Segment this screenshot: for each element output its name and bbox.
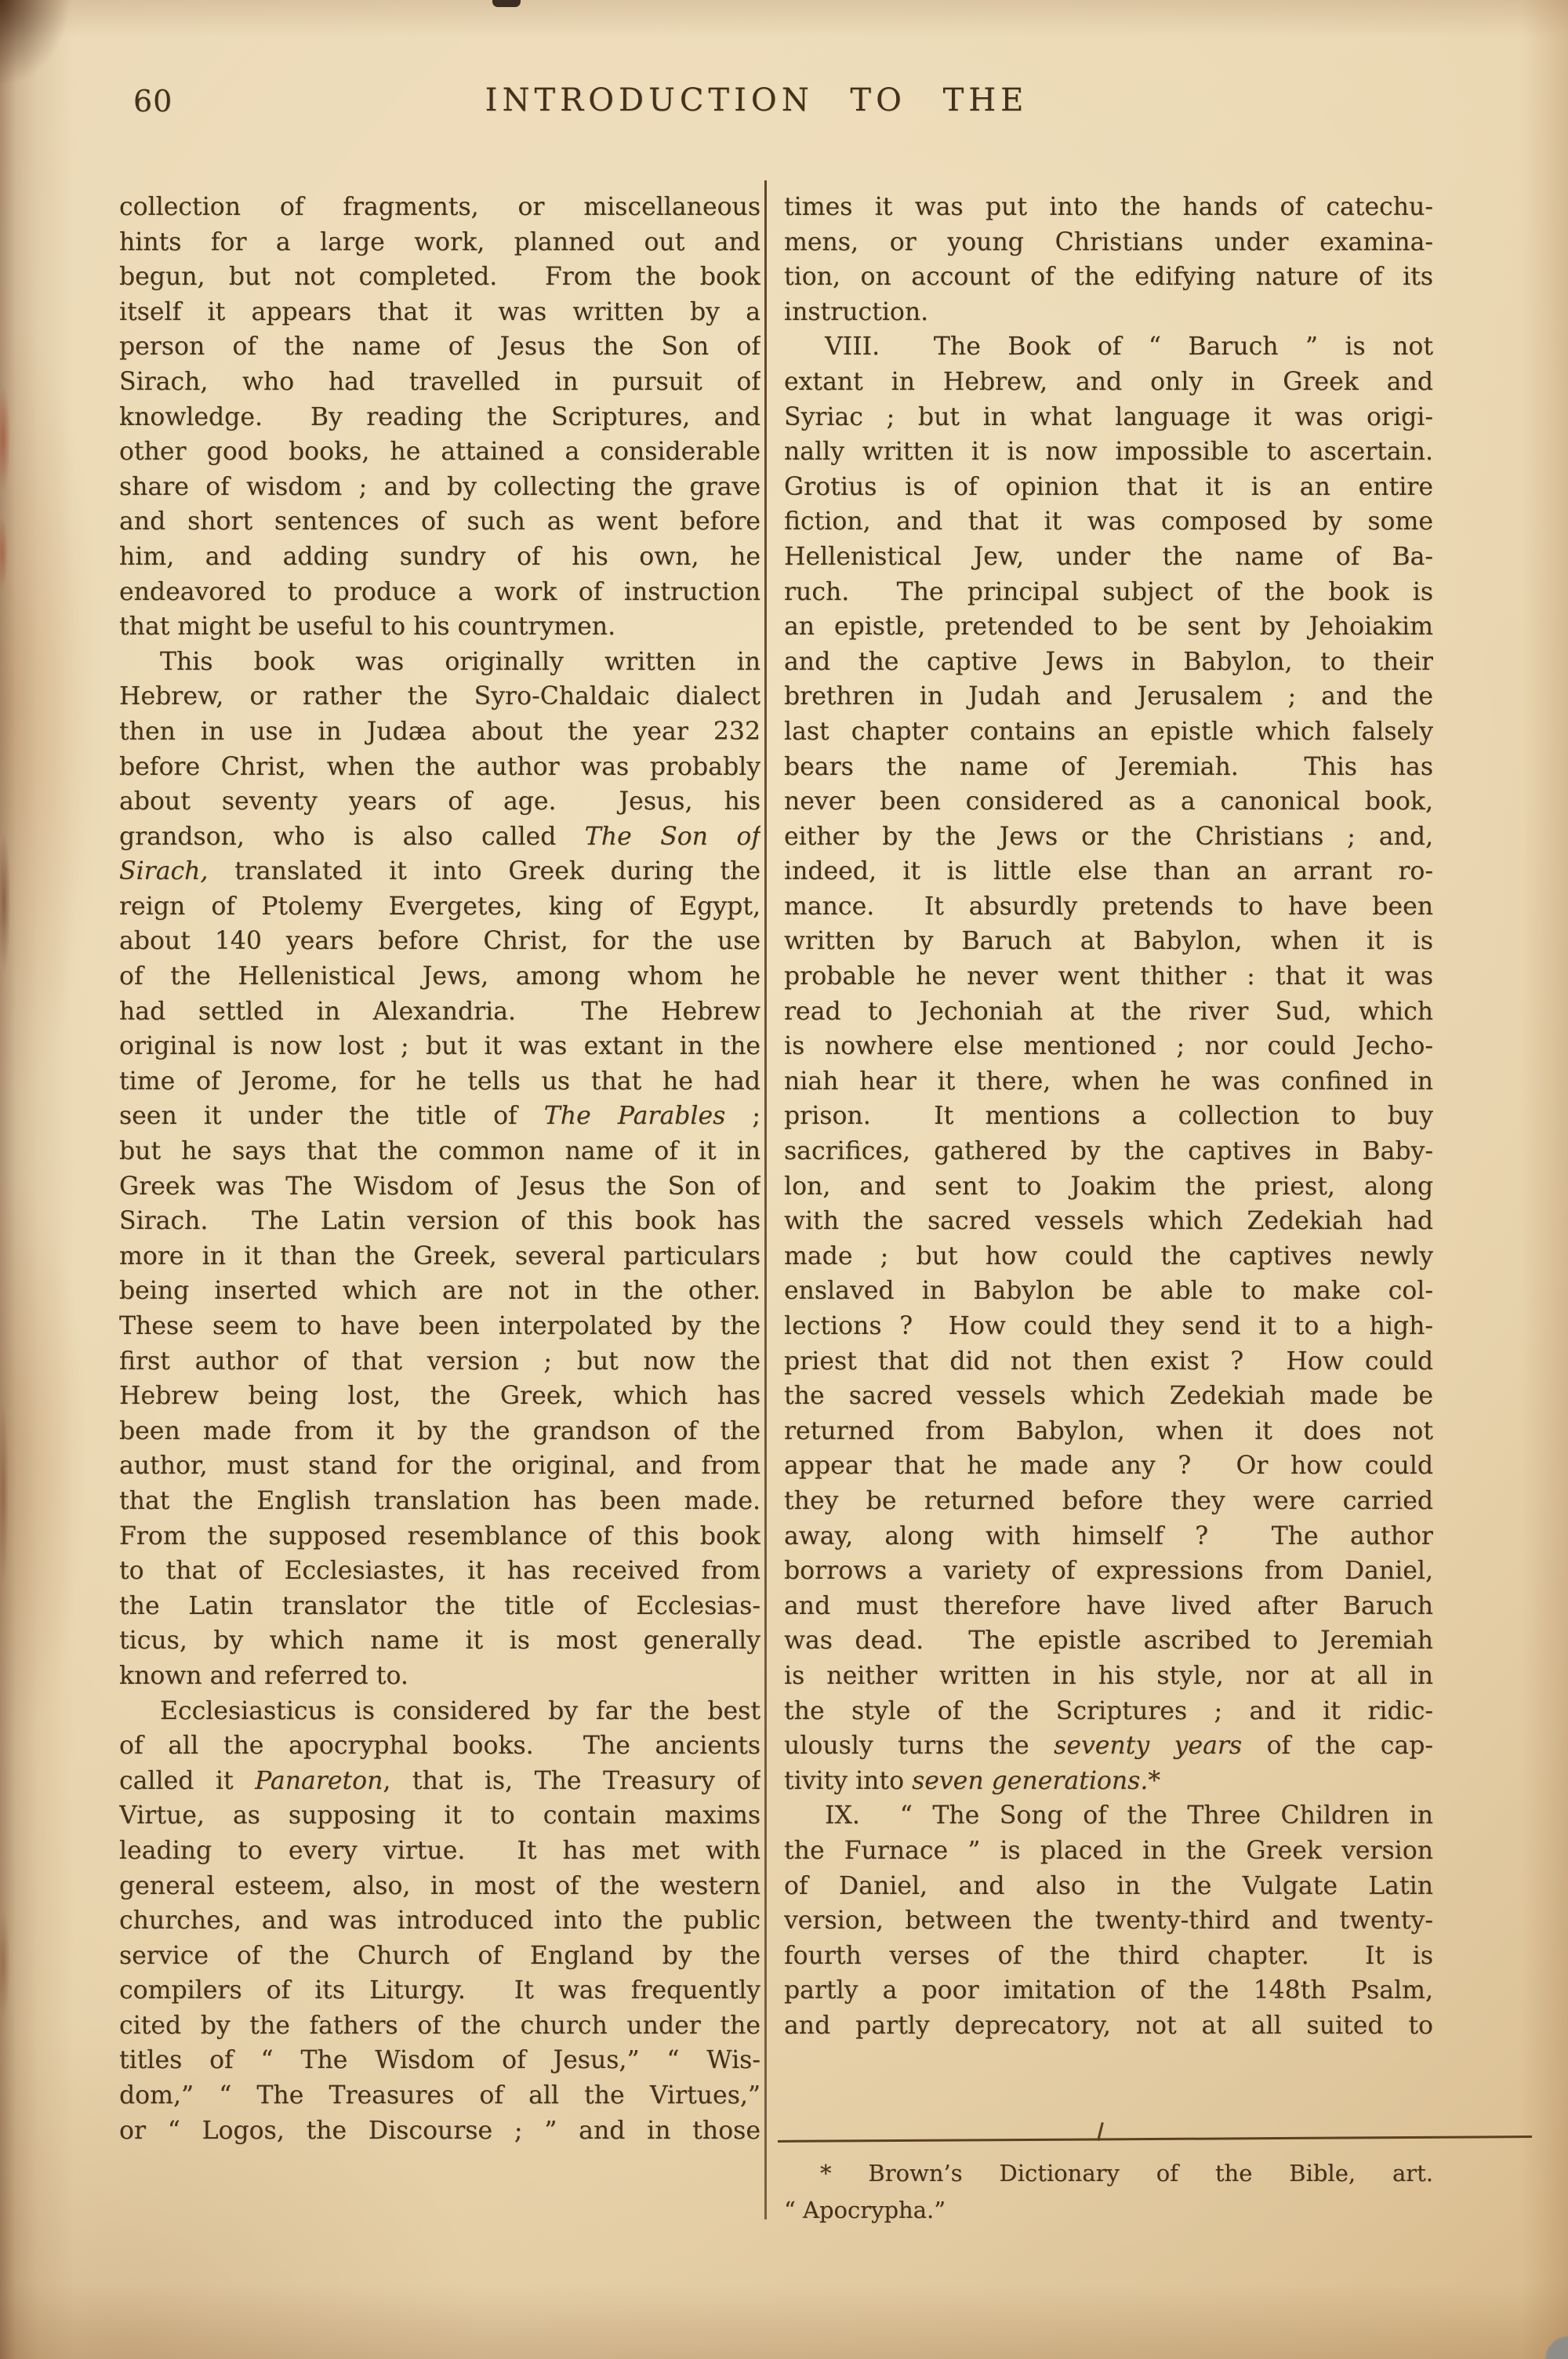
column-divider-rule — [764, 180, 767, 2219]
text-line: niah hear it there, when he was confined… — [784, 1064, 1433, 1100]
text-line: being inserted which are not in the othe… — [119, 1274, 760, 1309]
text-line: churches, and was introduced into the pu… — [119, 1903, 760, 1939]
left-column: collection of fragments, or miscellaneou… — [119, 190, 760, 2148]
text-line: leading to every virtue. It has met with — [119, 1834, 760, 1869]
text-line: Sirach, translated it into Greek during … — [119, 854, 760, 889]
text-line: known and referred to. — [119, 1659, 760, 1694]
text-line: is nowhere else mentioned ; nor could Je… — [784, 1029, 1433, 1064]
text-line: and partly deprecatory, not at all suite… — [784, 2008, 1433, 2044]
text-line: instruction. — [784, 295, 1433, 330]
text-line: was dead. The epistle ascribed to Jeremi… — [784, 1623, 1433, 1659]
text-line: Greek was The Wisdom of Jesus the Son of — [119, 1169, 760, 1205]
text-line: Virtue, as supposing it to contain maxim… — [119, 1798, 760, 1834]
text-line: IX. “ The Song of the Three Children in — [784, 1798, 1433, 1834]
text-line: of the Hellenistical Jews, among whom he — [119, 959, 760, 994]
text-line: probable he never went thither : that it… — [784, 959, 1433, 994]
text-line: collection of fragments, or miscellaneou… — [119, 190, 760, 225]
text-line: knowledge. By reading the Scriptures, an… — [119, 400, 760, 435]
book-page: { "page": { "number": "60", "running_hea… — [0, 0, 1568, 2359]
text-line: times it was put into the hands of catec… — [784, 190, 1433, 225]
text-line: written by Baruch at Babylon, when it is — [784, 924, 1433, 959]
text-line: ulously turns the seventy years of the c… — [784, 1728, 1433, 1764]
text-line: called it Panareton, that is, The Treasu… — [119, 1764, 760, 1799]
text-line: Grotius is of opinion that it is an enti… — [784, 470, 1433, 505]
right-column: times it was put into the hands of catec… — [784, 190, 1433, 2043]
text-line: before Christ, when the author was proba… — [119, 750, 760, 785]
text-line: they be returned before they were carrie… — [784, 1484, 1433, 1519]
text-line: that the English translation has been ma… — [119, 1484, 760, 1519]
text-line: an epistle, pretended to be sent by Jeho… — [784, 609, 1433, 645]
text-line: about 140 years before Christ, for the u… — [119, 924, 760, 959]
text-line: Hebrew being lost, the Greek, which has — [119, 1379, 760, 1414]
text-line: dom,” “ The Treasures of all the Virtues… — [119, 2078, 760, 2114]
text-line: brethren in Judah and Jerusalem ; and th… — [784, 679, 1433, 714]
text-line: returned from Babylon, when it does not — [784, 1414, 1433, 1449]
text-line: reign of Ptolemy Evergetes, king of Egyp… — [119, 889, 760, 925]
text-line: original is now lost ; but it was extant… — [119, 1029, 760, 1064]
text-line: but he says that the common name of it i… — [119, 1134, 760, 1169]
text-line: tion, on account of the edifying nature … — [784, 260, 1433, 295]
text-line: VIII. The Book of “ Baruch ” is not — [784, 329, 1433, 365]
text-line: enslaved in Babylon be able to make col- — [784, 1274, 1433, 1309]
text-line: been made from it by the grandson of the — [119, 1414, 760, 1449]
text-line: person of the name of Jesus the Son of — [119, 329, 760, 365]
text-line: is neither written in his style, nor at … — [784, 1659, 1433, 1694]
text-line: more in it than the Greek, several parti… — [119, 1239, 760, 1274]
text-line: mens, or young Christians under examina- — [784, 225, 1433, 260]
text-line: that might be useful to his countrymen. — [119, 609, 760, 645]
text-line: nally written it is now impossible to as… — [784, 434, 1433, 470]
text-line: either by the Jews or the Christians ; a… — [784, 820, 1433, 855]
text-line: sacrifices, gathered by the captives in … — [784, 1134, 1433, 1169]
text-line: borrows a variety of expressions from Da… — [784, 1554, 1433, 1589]
text-line: “ Apocrypha.” — [784, 2192, 1433, 2229]
text-line: indeed, it is little else than an arrant… — [784, 854, 1433, 889]
text-line: priest that did not then exist ? How cou… — [784, 1344, 1433, 1379]
running-head: INTRODUCTION TO THE — [485, 85, 1029, 116]
text-line: endeavored to produce a work of instruct… — [119, 575, 760, 610]
text-line: These seem to have been interpolated by … — [119, 1309, 760, 1344]
text-line: titles of “ The Wisdom of Jesus,” “ Wis- — [119, 2043, 760, 2078]
text-line: begun, but not completed. From the book — [119, 260, 760, 295]
text-line: fiction, and that it was composed by som… — [784, 504, 1433, 540]
text-line: Hellenistical Jew, under the name of Ba- — [784, 540, 1433, 575]
text-line: seen it under the title of The Parables … — [119, 1099, 760, 1134]
text-line: author, must stand for the original, and… — [119, 1448, 760, 1484]
text-line: never been considered as a canonical boo… — [784, 784, 1433, 820]
text-line: had settled in Alexandria. The Hebrew — [119, 994, 760, 1030]
text-line: cited by the fathers of the church under… — [119, 2008, 760, 2044]
text-line: of Daniel, and also in the Vulgate Latin — [784, 1869, 1433, 1904]
text-line: version, between the twenty-third and tw… — [784, 1903, 1433, 1939]
text-line: read to Jechoniah at the river Sud, whic… — [784, 994, 1433, 1030]
text-line: Sirach. The Latin version of this book h… — [119, 1204, 760, 1239]
text-line: him, and adding sundry of his own, he — [119, 540, 760, 575]
text-line: the sacred vessels which Zedekiah made b… — [784, 1379, 1433, 1414]
text-line: bears the name of Jeremiah. This has — [784, 750, 1433, 785]
text-line: and the captive Jews in Babylon, to thei… — [784, 645, 1433, 680]
text-line: the style of the Scriptures ; and it rid… — [784, 1694, 1433, 1729]
text-line: ruch. The principal subject of the book … — [784, 575, 1433, 610]
text-line: about seventy years of age. Jesus, his — [119, 784, 760, 820]
text-line: tivity into seven generations.* — [784, 1764, 1433, 1799]
text-line: extant in Hebrew, and only in Greek and — [784, 365, 1433, 400]
text-line: away, along with himself ? The author — [784, 1519, 1433, 1554]
text-line: to that of Ecclesiastes, it has received… — [119, 1554, 760, 1589]
text-line: lon, and sent to Joakim the priest, alon… — [784, 1169, 1433, 1205]
text-line: Ecclesiasticus is considered by far the … — [119, 1694, 760, 1729]
text-line: hints for a large work, planned out and — [119, 225, 760, 260]
text-line: Sirach, who had travelled in pursuit of — [119, 365, 760, 400]
text-line: lections ? How could they send it to a h… — [784, 1309, 1433, 1344]
text-line: first author of that version ; but now t… — [119, 1344, 760, 1379]
left-edge-scan-marks — [0, 0, 24, 2359]
text-line: other good books, he attained a consider… — [119, 434, 760, 470]
text-line: the Latin translator the title of Eccles… — [119, 1589, 760, 1624]
text-line: From the supposed resemblance of this bo… — [119, 1519, 760, 1554]
text-line: of all the apocryphal books. The ancient… — [119, 1728, 760, 1764]
bottom-right-scan-corner — [1532, 2323, 1568, 2359]
top-edge-ink-mark — [492, 0, 521, 7]
text-line: Syriac ; but in what language it was ori… — [784, 400, 1433, 435]
text-line: made ; but how could the captives newly — [784, 1239, 1433, 1274]
page-number: 60 — [133, 86, 172, 116]
text-line: time of Jerome, for he tells us that he … — [119, 1064, 760, 1100]
text-line: This book was originally written in — [119, 645, 760, 680]
text-line: grandson, who is also called The Son of — [119, 820, 760, 855]
text-line: then in use in Judæa about the year 232 — [119, 714, 760, 750]
text-line: the Furnace ” is placed in the Greek ver… — [784, 1834, 1433, 1869]
text-line: appear that he made any ? Or how could — [784, 1448, 1433, 1484]
top-left-stain — [0, 0, 71, 86]
text-line: partly a poor imitation of the 148th Psa… — [784, 1973, 1433, 2008]
text-line: and must therefore have lived after Baru… — [784, 1589, 1433, 1624]
text-line: or “ Logos, the Discourse ; ” and in tho… — [119, 2114, 760, 2149]
text-line: share of wisdom ; and by collecting the … — [119, 470, 760, 505]
text-line: compilers of its Liturgy. It was frequen… — [119, 1973, 760, 2008]
text-line: Hebrew, or rather the Syro-Chaldaic dial… — [119, 679, 760, 714]
text-line: itself it appears that it was written by… — [119, 295, 760, 330]
text-line: last chapter contains an epistle which f… — [784, 714, 1433, 750]
text-line: and short sentences of such as went befo… — [119, 504, 760, 540]
text-line: ticus, by which name it is most generall… — [119, 1623, 760, 1659]
footnote-text: * Brown’s Dictionary of the Bible, art.“… — [784, 2155, 1433, 2229]
text-line: mance. It absurdly pretends to have been — [784, 889, 1433, 925]
text-line: with the sacred vessels which Zedekiah h… — [784, 1204, 1433, 1239]
text-line: * Brown’s Dictionary of the Bible, art. — [784, 2155, 1433, 2192]
text-line: service of the Church of England by the — [119, 1939, 760, 1974]
text-line: fourth verses of the third chapter. It i… — [784, 1939, 1433, 1974]
text-line: general esteem, also, in most of the wes… — [119, 1869, 760, 1904]
text-line: prison. It mentions a collection to buy — [784, 1099, 1433, 1134]
